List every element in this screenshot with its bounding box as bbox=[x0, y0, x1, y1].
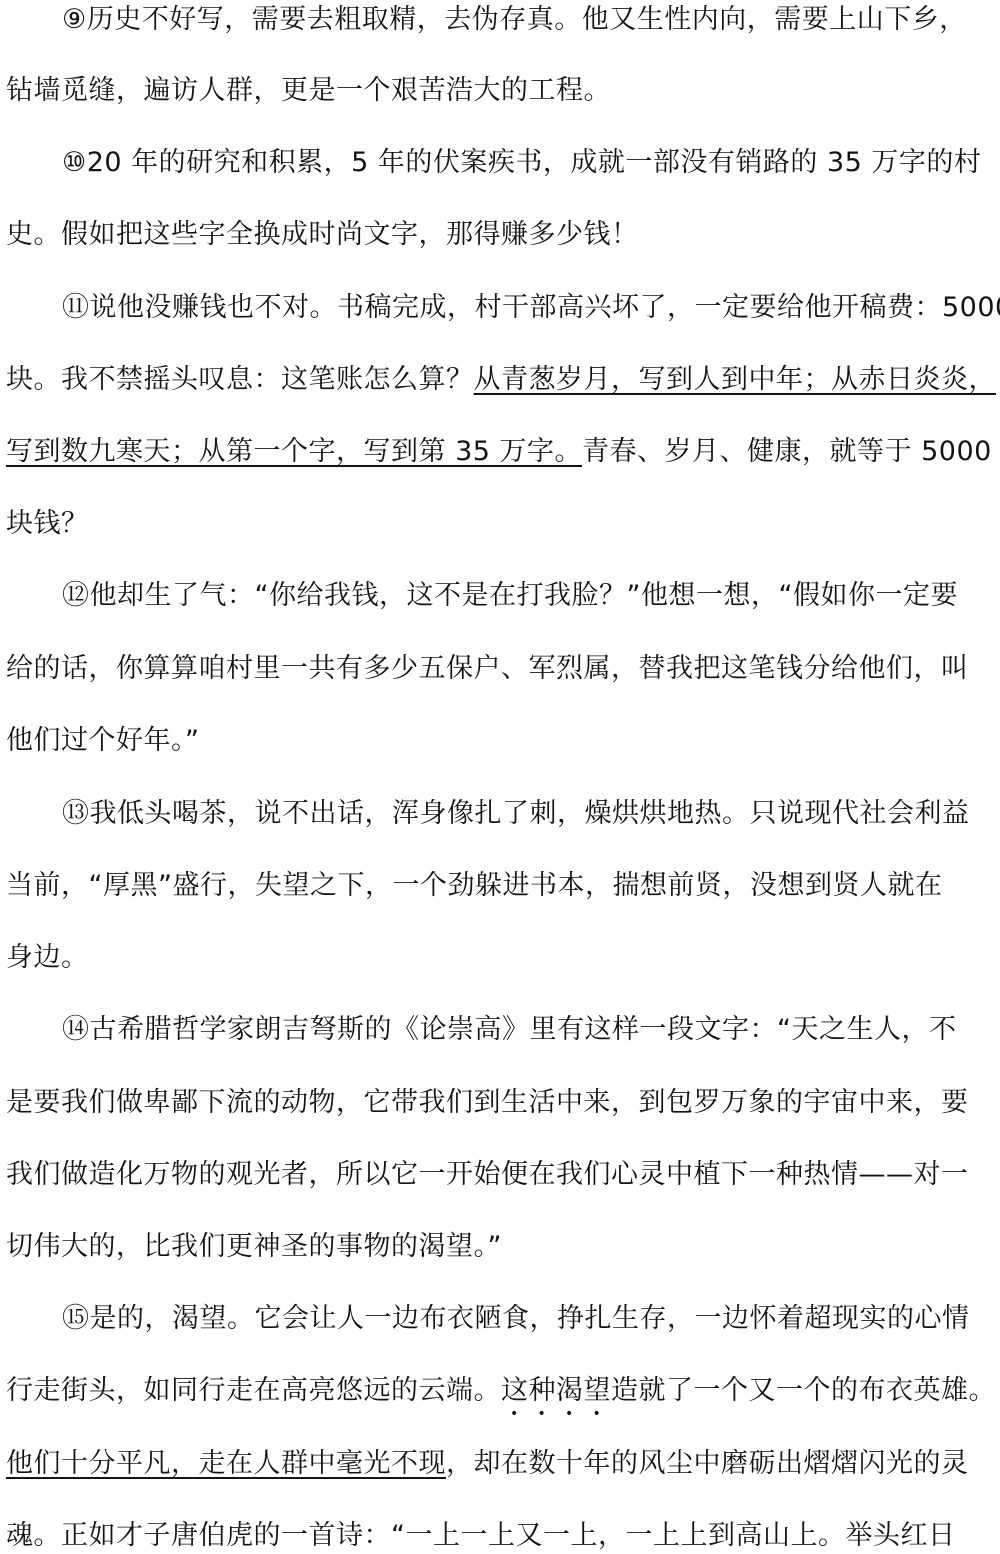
paragraph-14-line-3: 我们做造化万物的观光者，所以它一开始便在我们心灵中植下一种热情——对一 bbox=[6, 1157, 982, 1193]
underlined-text: 写到数九寒天；从第一个字，写到第 35 万字。 bbox=[6, 436, 582, 467]
paragraph-13-line-1: ⑬我低头喝茶，说不出话，浑身像扎了刺，燥烘烘地热。只说现代社会利益 bbox=[62, 796, 982, 832]
paragraph-11-line-4: 块钱？ bbox=[6, 506, 982, 542]
document-page: ⑨历史不好写，需要去粗取精，去伪存真。他又生性内向，需要上山下乡， 钻墙觅缝，遍… bbox=[0, 0, 1000, 1554]
paragraph-13-line-3: 身边。 bbox=[6, 940, 982, 976]
paragraph-14-line-4: 切伟大的，比我们更神圣的事物的渴望。” bbox=[6, 1229, 982, 1265]
plain-text: 造就了一个又一个的布衣英雄。 bbox=[611, 1375, 996, 1406]
paragraph-9-line-2: 钻墙觅缝，遍访人群，更是一个艰苦浩大的工程。 bbox=[6, 73, 982, 109]
plain-text: 青春、岁月、健康，就等于 5000 bbox=[582, 436, 992, 467]
paragraph-15-line-2: 行走街头，如同行走在高亮悠远的云端。这种渴望造就了一个又一个的布衣英雄。 bbox=[6, 1373, 982, 1422]
paragraph-15-line-1: ⑮是的，渴望。它会让人一边布衣陋食，挣扎生存，一边怀着超现实的心情 bbox=[62, 1301, 982, 1337]
paragraph-12-line-2: 给的话，你算算咱村里一共有多少五保户、军烈属，替我把这笔钱分给他们，叫 bbox=[6, 651, 982, 687]
plain-text: 行走街头，如同行走在高亮悠远的云端。 bbox=[6, 1375, 501, 1406]
paragraph-15-line-3: 他们十分平凡，走在人群中毫光不现，却在数十年的风尘中磨砺出熠熠闪光的灵 bbox=[6, 1446, 982, 1482]
paragraph-12-line-3: 他们过个好年。” bbox=[6, 723, 982, 759]
paragraph-11-line-3: 写到数九寒天；从第一个字，写到第 35 万字。青春、岁月、健康，就等于 5000 bbox=[6, 434, 982, 470]
plain-text: 块。我不禁摇头叹息：这笔账怎么算？ bbox=[6, 364, 474, 395]
paragraph-10-line-1: ⑩20 年的研究和积累，5 年的伏案疾书，成就一部没有销路的 35 万字的村 bbox=[62, 145, 982, 181]
paragraph-10-line-2: 史。假如把这些字全换成时尚文字，那得赚多少钱！ bbox=[6, 217, 982, 253]
paragraph-14-line-2: 是要我们做卑鄙下流的动物，它带我们到生活中来，到包罗万象的宇宙中来，要 bbox=[6, 1085, 982, 1121]
paragraph-15-line-4: 魂。正如才子唐伯虎的一首诗：“一上一上又一上，一上上到高山上。举头红日 bbox=[6, 1518, 982, 1554]
paragraph-11-line-2: 块。我不禁摇头叹息：这笔账怎么算？从青葱岁月，写到人到中年；从赤日炎炎， bbox=[6, 362, 982, 398]
emphasized-text: 这种渴望 bbox=[501, 1375, 611, 1406]
underlined-text: 从青葱岁月，写到人到中年；从赤日炎炎， bbox=[474, 364, 997, 395]
paragraph-11-line-1: ⑪说他没赚钱也不对。书稿完成，村干部高兴坏了，一定要给他开稿费：5000 bbox=[62, 290, 982, 326]
plain-text: ，却在数十年的风尘中磨砺出熠熠闪光的灵 bbox=[446, 1448, 969, 1479]
paragraph-14-line-1: ⑭古希腊哲学家朗吉弩斯的《论崇高》里有这样一段文字：“天之生人，不 bbox=[62, 1012, 982, 1048]
paragraph-9-line-1: ⑨历史不好写，需要去粗取精，去伪存真。他又生性内向，需要上山下乡， bbox=[62, 2, 982, 38]
underlined-text: 他们十分平凡，走在人群中毫光不现 bbox=[6, 1448, 446, 1479]
paragraph-13-line-2: 当前，“厚黑”盛行，失望之下，一个劲躲进书本，揣想前贤，没想到贤人就在 bbox=[6, 868, 982, 904]
paragraph-12-line-1: ⑫他却生了气：“你给我钱，这不是在打我脸？”他想一想，“假如你一定要 bbox=[62, 578, 982, 614]
